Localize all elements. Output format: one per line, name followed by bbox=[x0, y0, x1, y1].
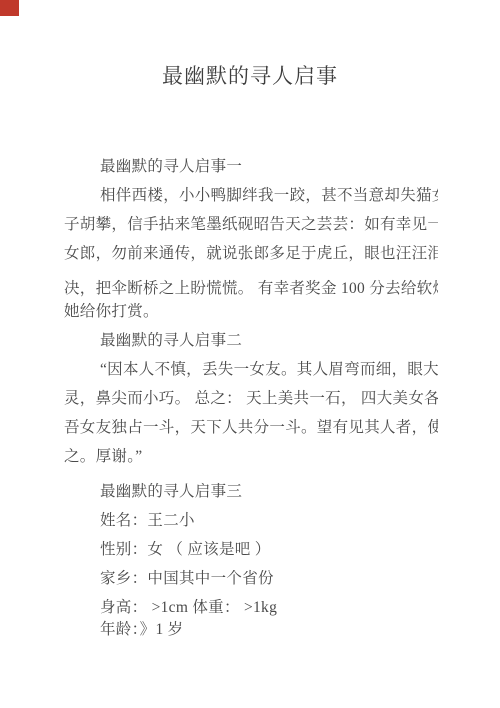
text-line: 之。厚谢。” bbox=[64, 442, 438, 471]
text-line: 吾女友独占一斗，天下人共分一斗。望有见其人者，使吾知 bbox=[64, 413, 438, 442]
document-page: 最幽默的寻人启事 最幽默的寻人启事一 相伴西楼，小小鸭脚绊我一跤，甚不当意却失猫… bbox=[0, 0, 500, 708]
section-heading: 最幽默的寻人启事一 bbox=[64, 152, 438, 181]
document-body: 最幽默的寻人启事一 相伴西楼，小小鸭脚绊我一跤，甚不当意却失猫女于戏 子胡攀，信… bbox=[64, 152, 438, 644]
text-line: 子胡攀，信手拈来笔墨纸砚昭告天之芸芸：如有幸见一飘然 bbox=[64, 210, 438, 239]
text-segment: 决，把伞断桥之上盼慌慌。 有幸者奖金 100 分去给软烟罗 bbox=[64, 280, 438, 297]
text-line: 相伴西楼，小小鸭脚绊我一跤，甚不当意却失猫女于戏 bbox=[64, 181, 438, 210]
text-line: 灵，鼻尖而小巧。 总之： 天上美共一石， 四大美女各占两斗， bbox=[64, 384, 438, 413]
section-heading: 最幽默的寻人启事三 bbox=[64, 477, 438, 506]
field-line: 家乡：中国其中一个省份 bbox=[64, 564, 438, 593]
text-line: 她给你打赏。 bbox=[64, 297, 438, 326]
text-line: 决，把伞断桥之上盼慌慌。 有幸者奖金 100 分去给软烟罗 ~~， bbox=[64, 268, 438, 297]
field-line: 性别：女 （ 应该是吧 ） bbox=[64, 535, 438, 564]
text-line: “因本人不慎，丢失一女友。其人眉弯而细，眼大而水 bbox=[64, 355, 438, 384]
text-line: 女郎，勿前来通传，就说张郎多足于虎丘，眼也汪汪泪也决 bbox=[64, 239, 438, 268]
corner-marker bbox=[0, 0, 19, 16]
field-line: 姓名：王二小 bbox=[64, 506, 438, 535]
section-heading: 最幽默的寻人启事二 bbox=[64, 326, 438, 355]
page-title: 最幽默的寻人启事 bbox=[0, 60, 500, 90]
